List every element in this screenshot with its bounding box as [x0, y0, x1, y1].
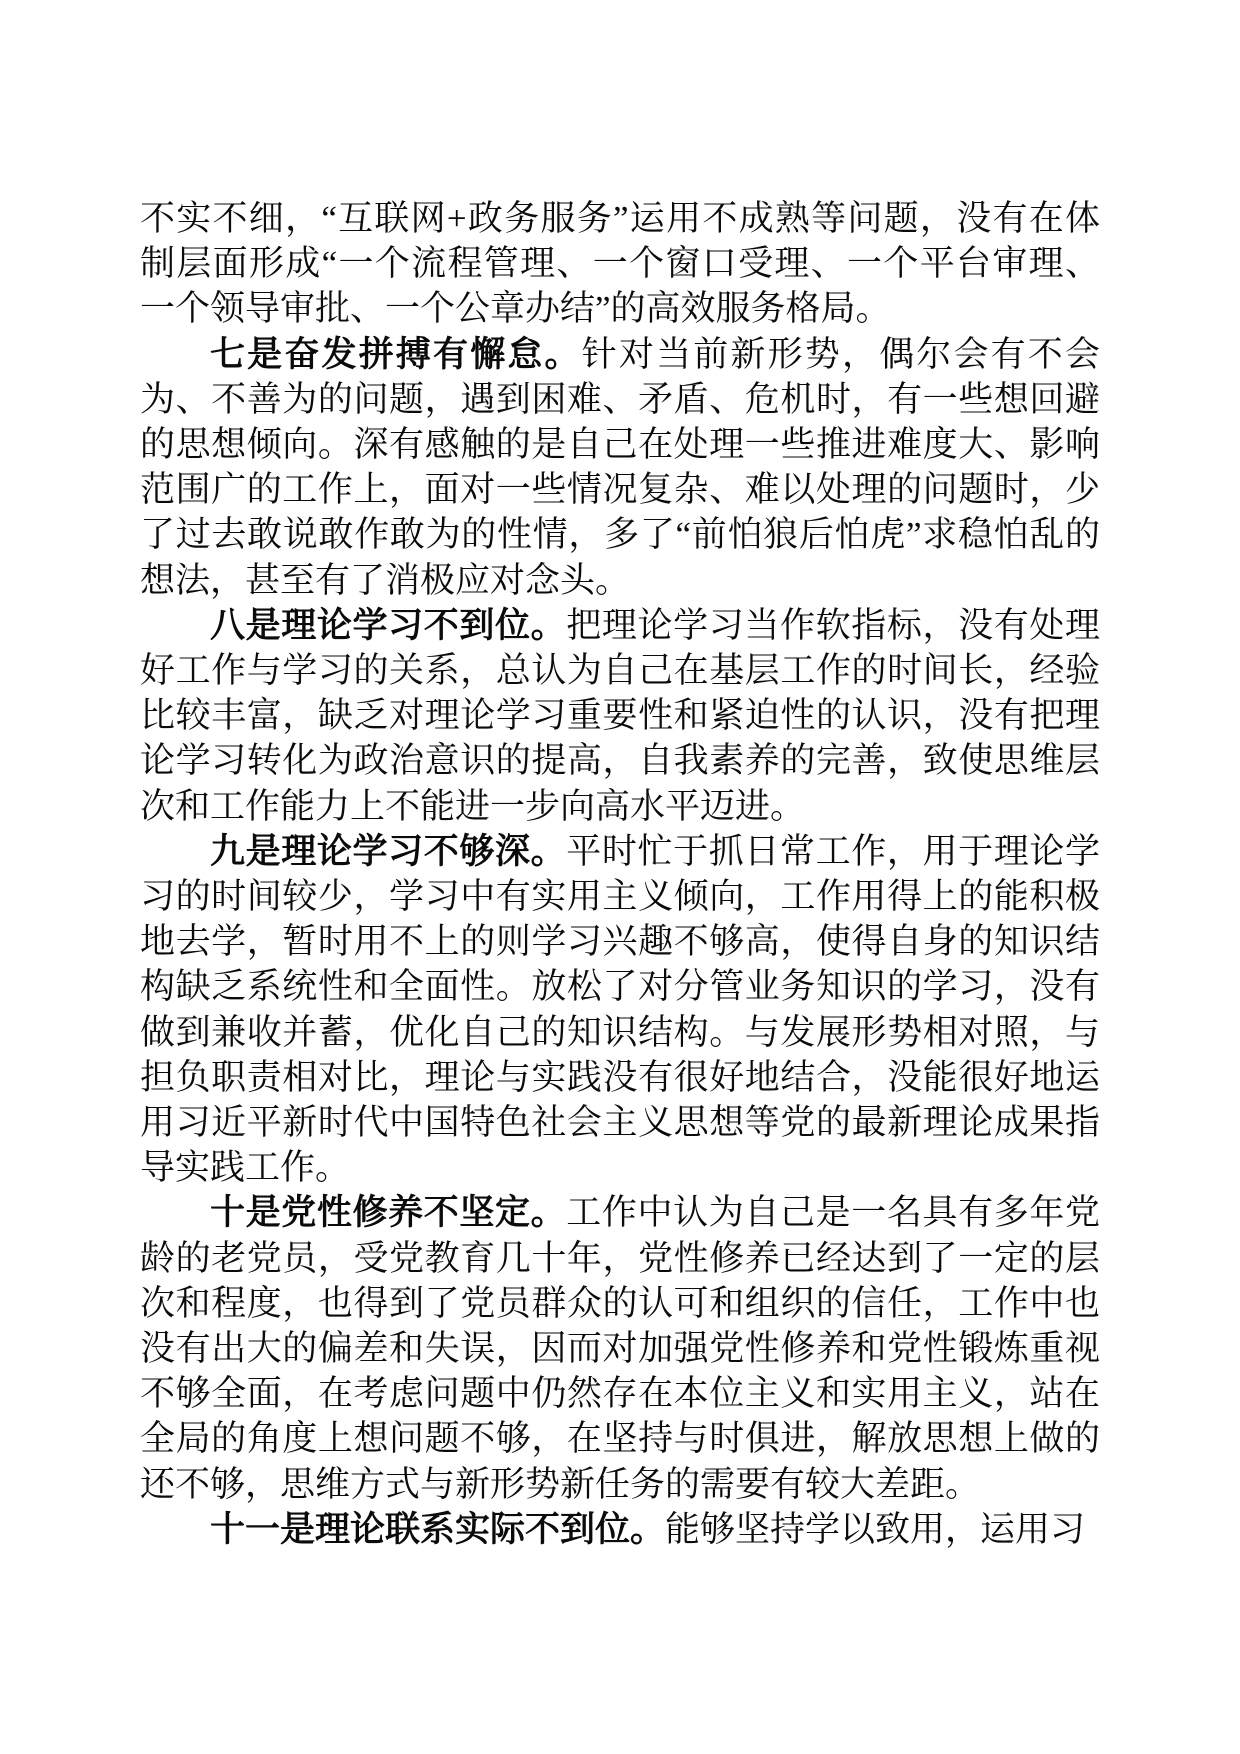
paragraph-item-ten: 十是党性修养不坚定。工作中认为自己是一名具有多年党龄的老党员，受党教育几十年，党… [140, 1190, 1100, 1506]
paragraph-heading-text: 七是奋发拼搏有懈怠。 [210, 335, 582, 374]
paragraph-body-text: 针对当前新形势，偶尔会有不会为、不善为的问题，遇到困难、矛盾、危机时，有一些想回… [140, 335, 1100, 600]
paragraph-body-text: 不实不细，“互联网+政务服务”运用不成熟等问题，没有在体制层面形成“一个流程管理… [140, 199, 1100, 328]
paragraph-heading-text: 十是党性修养不坚定。 [210, 1193, 566, 1232]
document-page: 不实不细，“互联网+政务服务”运用不成熟等问题，没有在体制层面形成“一个流程管理… [0, 0, 1240, 1754]
paragraph-heading-text: 十一是理论联系实际不到位。 [210, 1510, 665, 1549]
paragraph-body-text: 平时忙于抓日常工作，用于理论学习的时间较少，学习中有实用主义倾向，工作用得上的能… [140, 832, 1100, 1187]
paragraph-item-eight: 八是理论学习不到位。把理论学习当作软指标，没有处理好工作与学习的关系，总认为自己… [140, 603, 1100, 829]
paragraph-item-nine: 九是理论学习不够深。平时忙于抓日常工作，用于理论学习的时间较少，学习中有实用主义… [140, 829, 1100, 1191]
document-text-block: 不实不细，“互联网+政务服务”运用不成熟等问题，没有在体制层面形成“一个流程管理… [140, 196, 1100, 1552]
paragraph-body-text: 能够坚持学以致用，运用习 [665, 1510, 1085, 1549]
paragraph-heading-text: 九是理论学习不够深。 [210, 832, 566, 871]
paragraph-item-seven: 七是奋发拼搏有懈怠。针对当前新形势，偶尔会有不会为、不善为的问题，遇到困难、矛盾… [140, 332, 1100, 603]
paragraph-heading-text: 八是理论学习不到位。 [210, 606, 566, 645]
paragraph-item-eleven: 十一是理论联系实际不到位。能够坚持学以致用，运用习 [140, 1507, 1100, 1552]
paragraph-body-text: 工作中认为自己是一名具有多年党龄的老党员，受党教育几十年，党性修养已经达到了一定… [140, 1193, 1100, 1503]
paragraph-continuation: 不实不细，“互联网+政务服务”运用不成熟等问题，没有在体制层面形成“一个流程管理… [140, 196, 1100, 332]
